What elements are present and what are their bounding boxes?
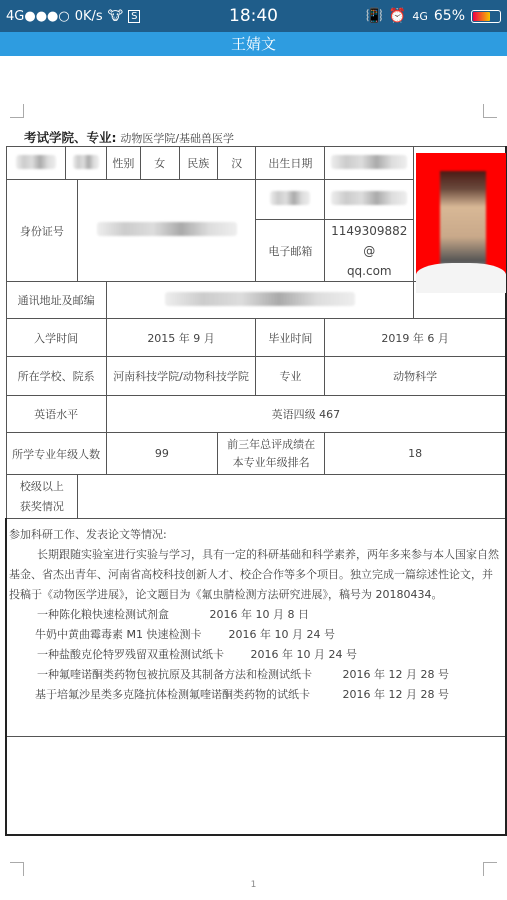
status-bar: 4G●●●○ 0K/s 🐮 S 18:40 📳 ⏰ 4G 65% bbox=[0, 0, 507, 32]
enroll-value: 2015 年 9 月 bbox=[106, 319, 256, 357]
grad-label: 毕业时间 bbox=[256, 319, 325, 357]
id-value-redacted bbox=[78, 180, 256, 282]
research-title: 参加科研工作、发表论文等情况: bbox=[9, 525, 503, 545]
crop-mark bbox=[10, 862, 24, 876]
network-speed: 0K/s bbox=[75, 9, 103, 24]
crop-mark bbox=[483, 862, 497, 876]
major-label: 专业 bbox=[256, 357, 325, 396]
awards-value bbox=[78, 475, 506, 519]
document-page[interactable]: 考试学院、专业: 动物医学院/基础兽医学 性别 女 民族 汉 出生日期 身份证号… bbox=[0, 56, 507, 900]
vibrate-icon: 📳 bbox=[365, 8, 382, 24]
email-value: 1149309882 @ qq.com bbox=[325, 220, 414, 282]
school-value: 河南科技学院/动物科技学院 bbox=[106, 357, 256, 396]
patent-item: 牛奶中黄曲霉毒素 M1 快速检测卡2016 年 10 月 24 号 bbox=[9, 625, 335, 645]
ethnicity-label: 民族 bbox=[179, 147, 217, 180]
battery-percent: 65% bbox=[434, 8, 465, 24]
id-label: 身份证号 bbox=[6, 180, 78, 282]
signal-icon: 4G●●●○ bbox=[6, 9, 70, 24]
ethnicity-value: 汉 bbox=[217, 147, 255, 180]
awards-label: 校级以上 获奖情况 bbox=[6, 475, 78, 519]
patent-item: 一种盐酸克伦特罗残留双重检测试纸卡2016 年 10 月 24 号 bbox=[9, 645, 357, 665]
app-notification-icon: 🐮 bbox=[108, 9, 123, 24]
count-value: 99 bbox=[106, 433, 217, 475]
address-value-redacted bbox=[106, 282, 414, 319]
exam-college-header: 考试学院、专业: 动物医学院/基础兽医学 bbox=[24, 128, 234, 146]
field-value-redacted bbox=[325, 180, 414, 220]
crop-mark bbox=[10, 104, 24, 118]
name-label-redacted bbox=[6, 147, 66, 180]
applicant-photo-redacted bbox=[416, 153, 506, 293]
name-value-redacted bbox=[66, 147, 106, 180]
research-body: 长期跟随实验室进行实验与学习，具有一定的科研基础和科学素养，两年多来参与本人国家… bbox=[9, 545, 503, 605]
address-label: 通讯地址及邮编 bbox=[6, 282, 106, 319]
research-cell: 参加科研工作、发表论文等情况: 长期跟随实验室进行实验与学习，具有一定的科研基础… bbox=[6, 519, 506, 737]
patent-item: 基于培氟沙星类多克隆抗体检测氟喹诺酮类药物的试纸卡2016 年 12 月 28 … bbox=[9, 685, 449, 705]
alarm-icon: ⏰ bbox=[389, 8, 406, 24]
major-value: 动物科学 bbox=[325, 357, 506, 396]
blank-section bbox=[6, 737, 506, 835]
battery-icon bbox=[471, 10, 501, 23]
gender-value: 女 bbox=[141, 147, 179, 180]
header-value: 动物医学院/基础兽医学 bbox=[120, 132, 234, 145]
network-type: 4G bbox=[412, 10, 428, 23]
school-label: 所在学校、院系 bbox=[6, 357, 106, 396]
gender-label: 性别 bbox=[106, 147, 140, 180]
patent-item: 一种陈化粮快速检测试剂盒2016 年 10 月 8 日 bbox=[9, 605, 309, 625]
english-value: 英语四级 467 bbox=[106, 396, 506, 433]
page-number: 1 bbox=[0, 880, 507, 890]
patent-item: 一种氟喹诺酮类药物包被抗原及其制备方法和检测试纸卡2016 年 12 月 28 … bbox=[9, 665, 449, 685]
header-label: 考试学院、专业: bbox=[24, 130, 117, 145]
crop-mark bbox=[483, 104, 497, 118]
rank-label: 前三年总评成绩在 本专业年级排名 bbox=[217, 433, 324, 475]
enroll-label: 入学时间 bbox=[6, 319, 106, 357]
birth-label: 出生日期 bbox=[256, 147, 325, 180]
s-badge-icon: S bbox=[128, 10, 140, 23]
english-label: 英语水平 bbox=[6, 396, 106, 433]
count-label: 所学专业年级人数 bbox=[6, 433, 106, 475]
rank-value: 18 bbox=[325, 433, 506, 475]
grad-value: 2019 年 6 月 bbox=[325, 319, 506, 357]
field-label-redacted bbox=[256, 180, 325, 220]
title-bar: 王婧文 bbox=[0, 32, 507, 56]
birth-value-redacted bbox=[325, 147, 414, 180]
email-label: 电子邮箱 bbox=[256, 220, 325, 282]
